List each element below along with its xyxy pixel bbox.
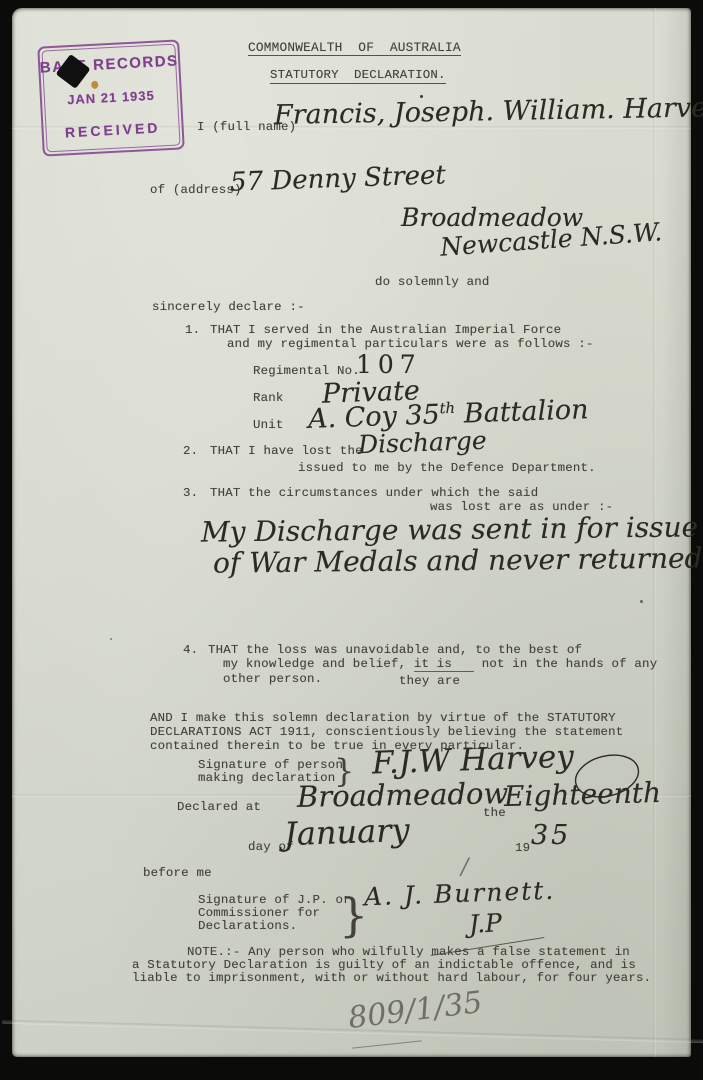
item1-number: 1.: [185, 324, 200, 337]
full-name-value: Francis, Joseph. William. Harvey.: [274, 94, 703, 130]
note-line3: liable to imprisonment, with or without …: [132, 972, 651, 985]
year-value: 35: [531, 822, 571, 850]
jp-signature-value: A. J. Burnett.: [364, 878, 556, 911]
item2-line2: issued to me by the Defence Department.: [298, 462, 596, 475]
circumstances-hand-line2: of War Medals and never returned.: [213, 543, 703, 578]
address-line1: 57 Denny Street: [230, 162, 447, 197]
pencil-slash-mark: /: [461, 856, 468, 879]
address-label: of (address): [150, 184, 242, 197]
pencil-file-reference: 809/1/35: [347, 987, 485, 1035]
paper-speck: [110, 638, 112, 640]
unit-ordinal-suffix: th: [439, 399, 455, 418]
document-photo: BASE RECORDS JAN 21 1935 RECEIVED COMMON…: [0, 0, 703, 1080]
declared-at-value: Broadmeadow: [297, 778, 509, 812]
it-is-underlined: it is: [414, 657, 474, 672]
item4-line1: THAT the loss was unavoidable and, to th…: [208, 644, 582, 657]
declared-at-label: Declared at: [177, 801, 261, 814]
item4-line2: my knowledge and belief, it is not in th…: [223, 658, 657, 671]
document-title: COMMONWEALTH OF AUSTRALIA: [248, 41, 461, 56]
paper-speck: [640, 600, 643, 603]
month-value: January: [283, 814, 410, 852]
base-records-received-stamp: BASE RECORDS JAN 21 1935 RECEIVED: [37, 39, 185, 156]
declare-text: sincerely declare :-: [152, 301, 305, 314]
before-me-label: before me: [143, 867, 212, 880]
pencil-underline-flourish: [352, 1040, 422, 1049]
item4-line3: other person.: [223, 673, 322, 686]
item1-line1: THAT I served in the Australian Imperial…: [210, 324, 561, 337]
declared-day-value: Eighteenth: [504, 778, 662, 811]
person-signature-value: F.J.W Harvey: [371, 740, 574, 780]
statutory-line1: AND I make this solemn declaration by vi…: [150, 712, 616, 725]
document-subtitle: STATUTORY DECLARATION.: [270, 69, 446, 84]
jp-label-line3: Declarations.: [198, 920, 297, 933]
item3-number: 3.: [183, 487, 198, 500]
item2-number: 2.: [183, 445, 198, 458]
statutory-line2: DECLARATIONS ACT 1911, conscientiously b…: [150, 726, 623, 739]
item2-line1: THAT I have lost the: [210, 445, 363, 458]
lost-item-value: Discharge: [358, 428, 487, 459]
item3-line1: THAT the circumstances under which the s…: [210, 487, 538, 500]
alternative-they-are: they are: [399, 675, 460, 688]
jp-title-value: J.P: [468, 910, 502, 938]
the-label: the: [483, 807, 506, 820]
solemnly-text: do solemnly and: [375, 276, 490, 289]
rank-label: Rank: [253, 392, 284, 405]
unit-label: Unit: [253, 419, 284, 432]
year-prefix: 19: [515, 842, 530, 855]
regimental-number-value: 107: [356, 352, 422, 378]
regimental-number-label: Regimental No.: [253, 365, 360, 378]
paper-sheet: BASE RECORDS JAN 21 1935 RECEIVED COMMON…: [12, 8, 691, 1057]
item4-number: 4.: [183, 644, 198, 657]
